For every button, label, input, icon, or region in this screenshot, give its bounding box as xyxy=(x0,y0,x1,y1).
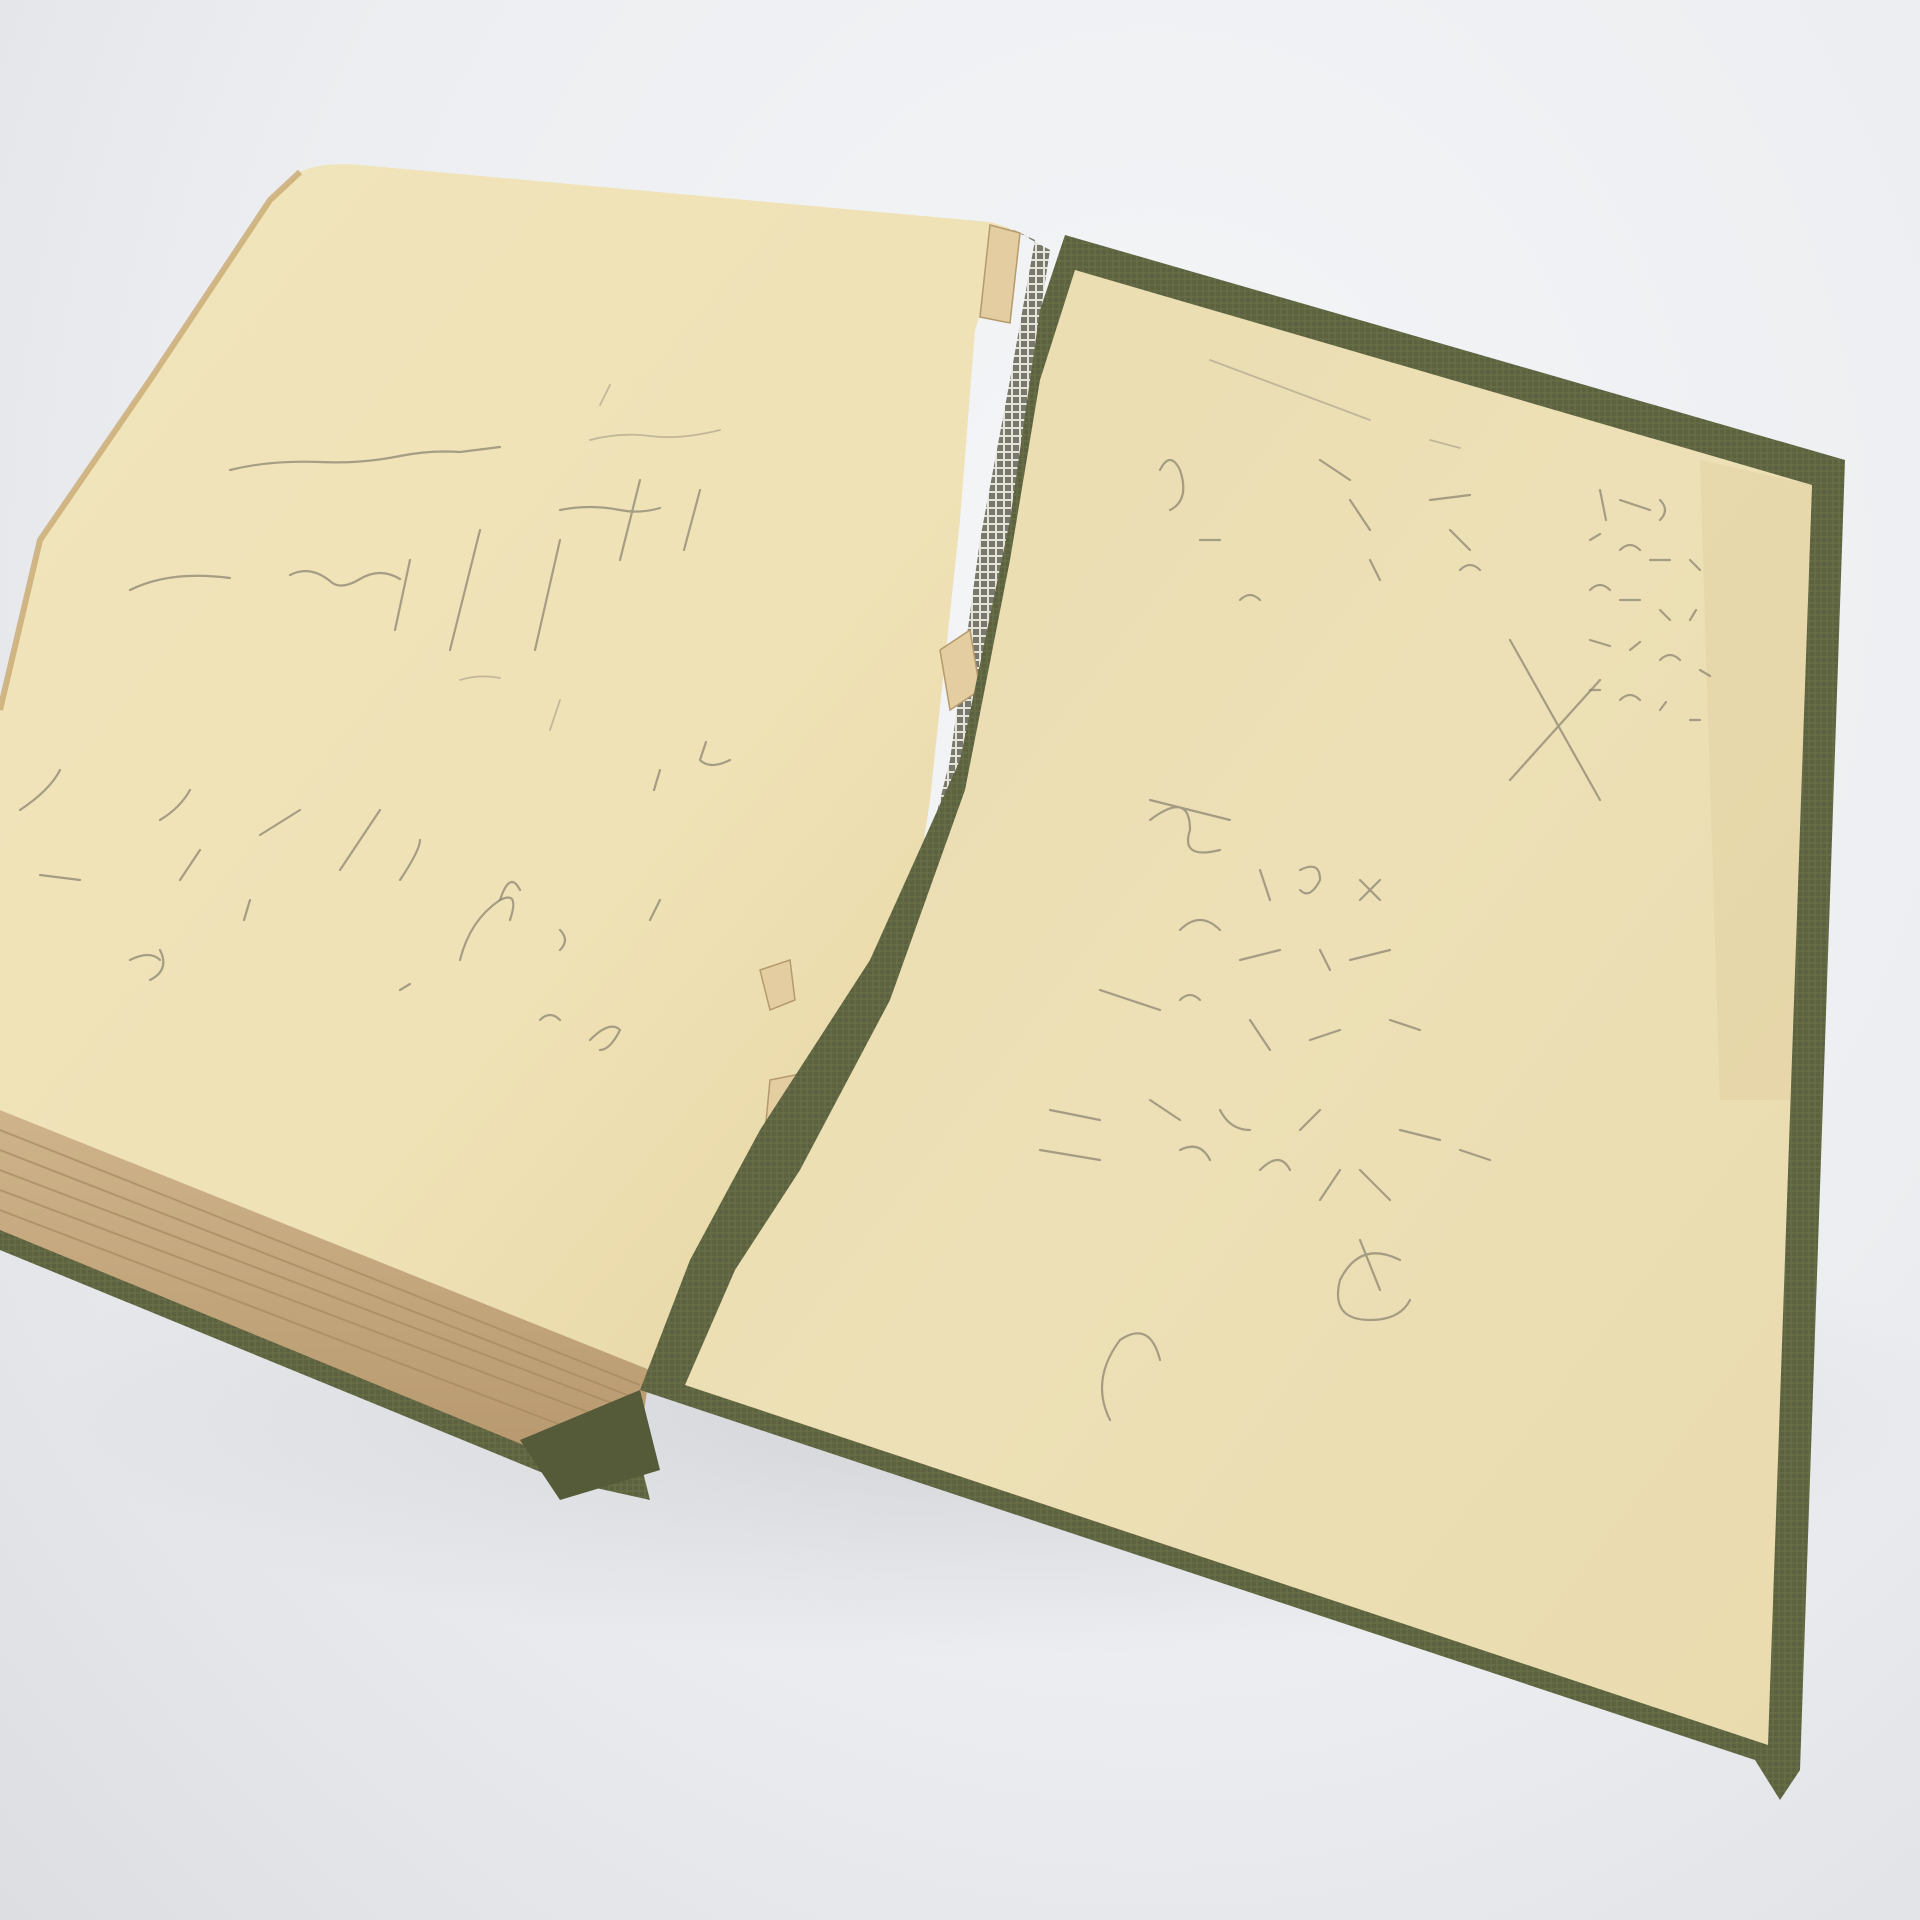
open-book xyxy=(0,0,1920,1920)
photo-scene: Open antique hardcover book with green c… xyxy=(0,0,1920,1920)
